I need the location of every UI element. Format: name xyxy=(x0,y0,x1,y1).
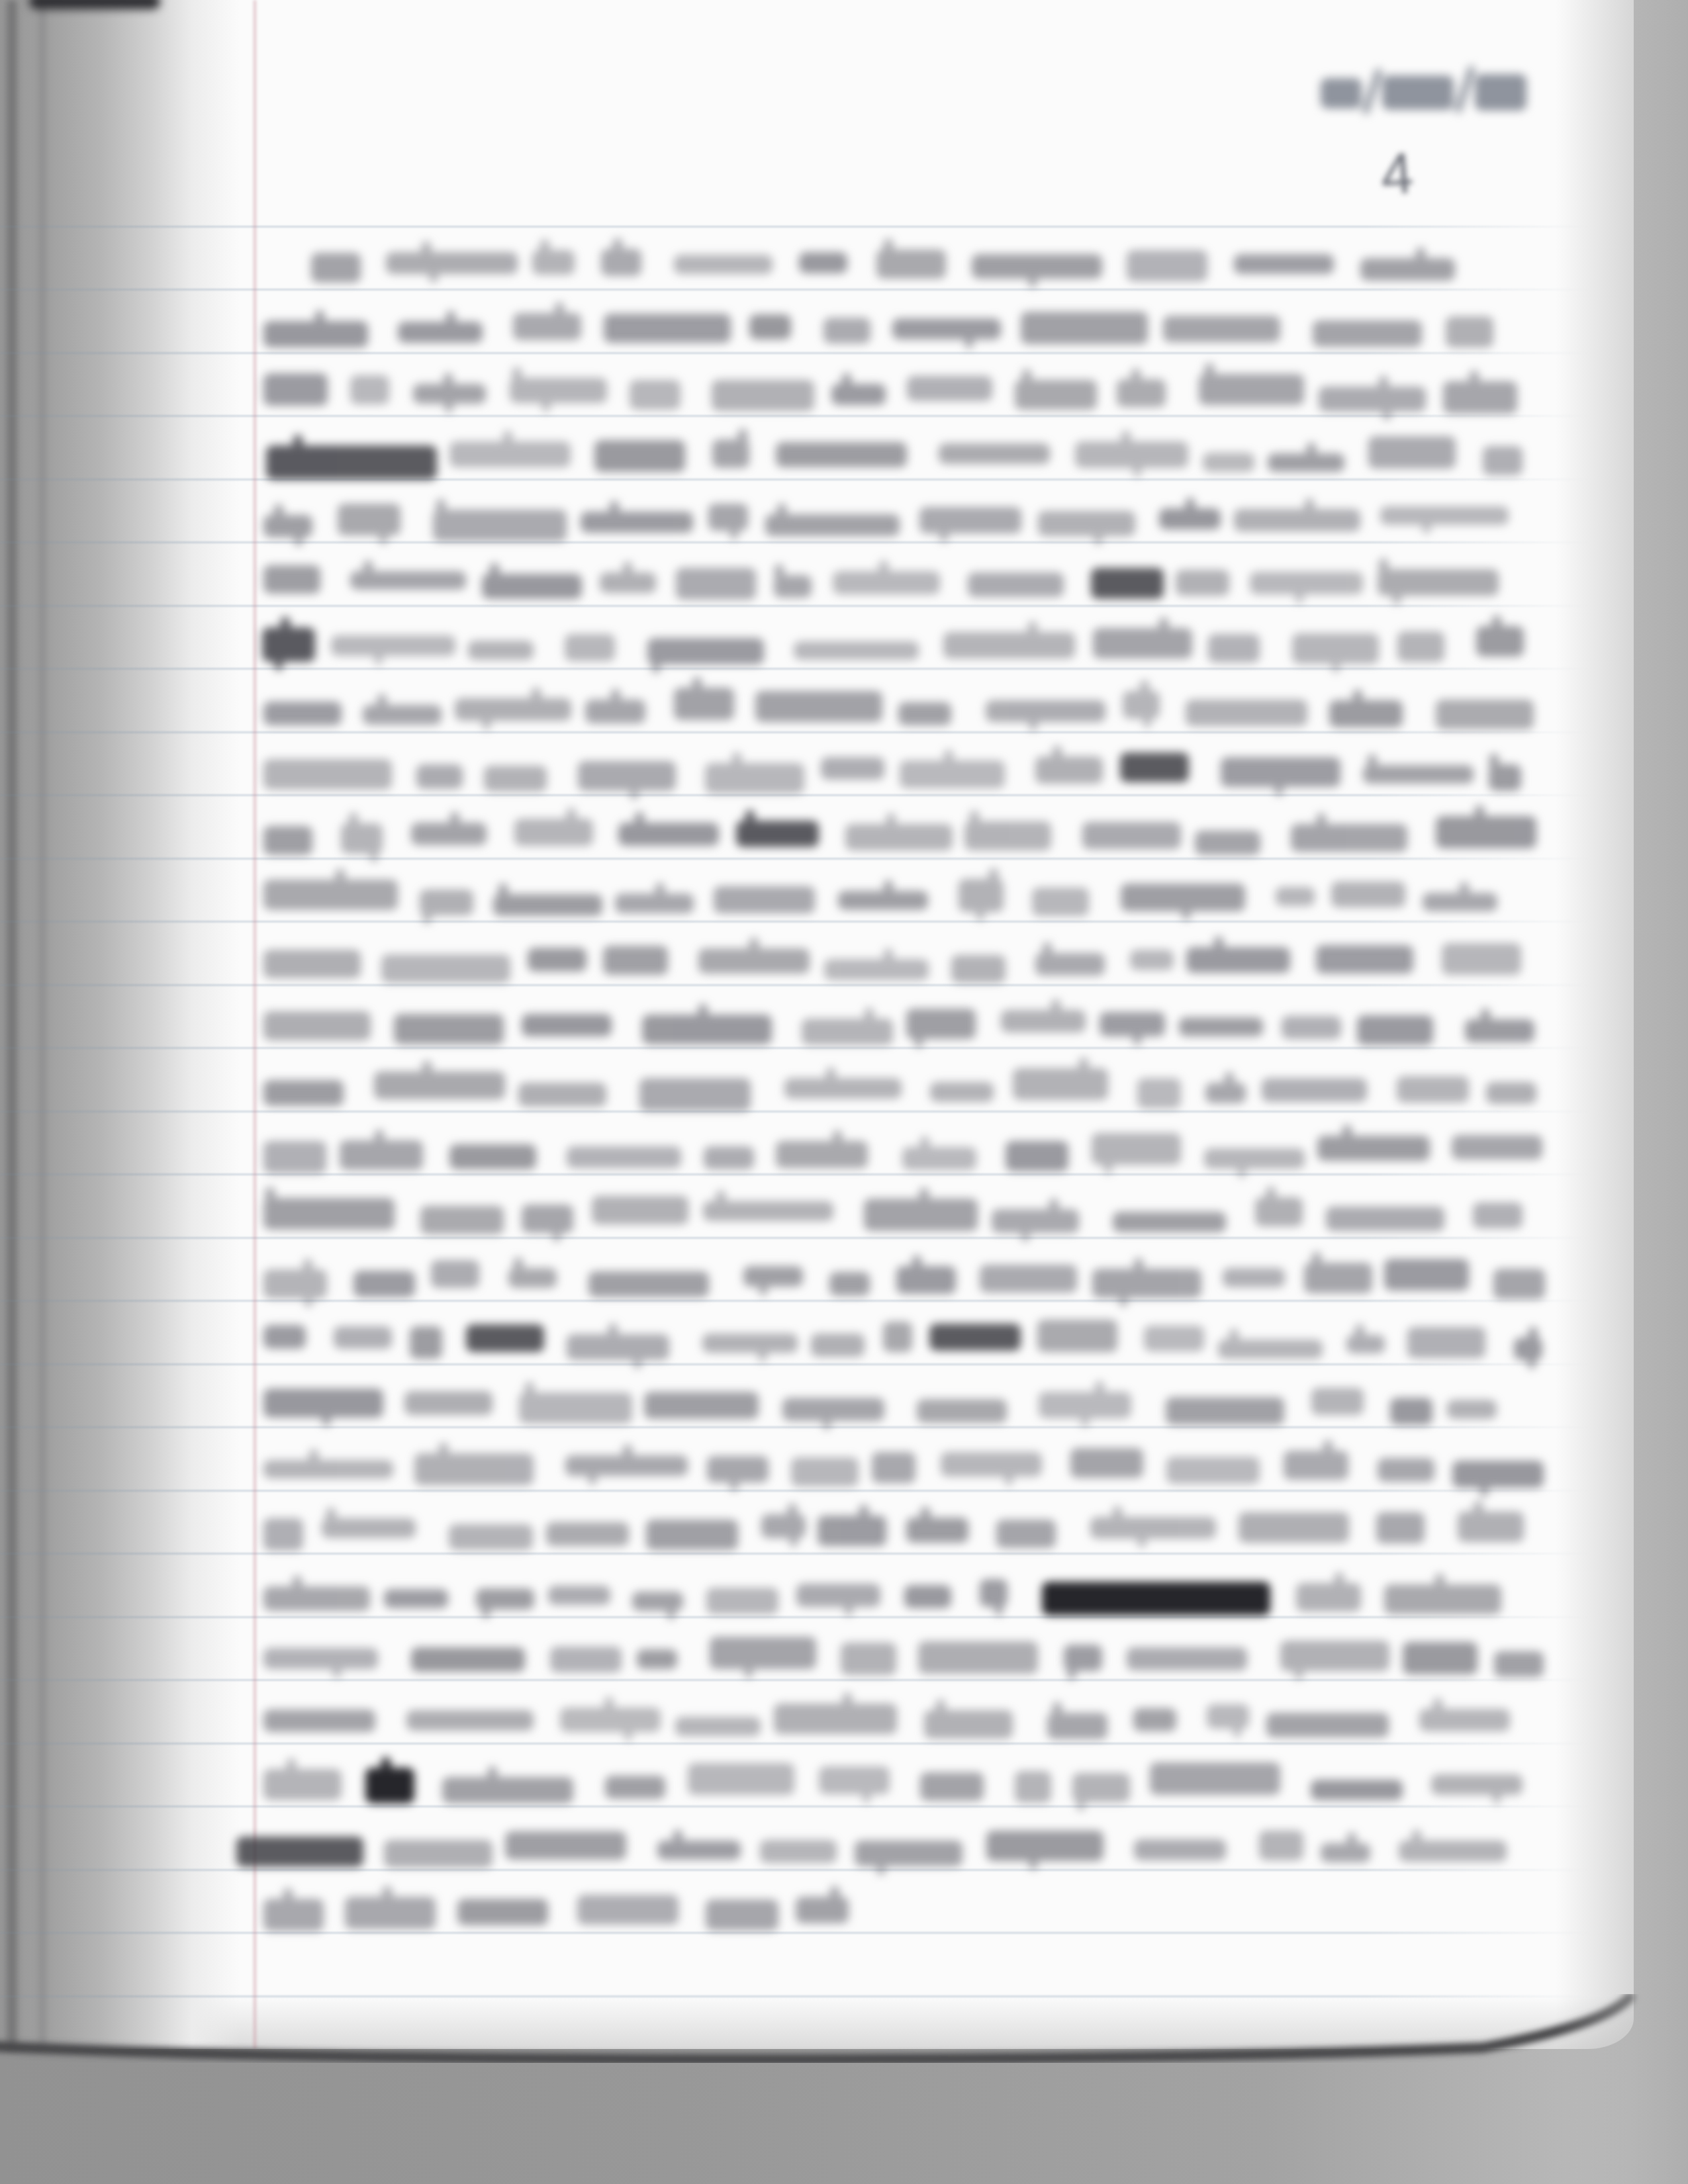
scan-right-edge-band xyxy=(1556,0,1688,2184)
page-bottom-edge-shadow xyxy=(0,0,1688,2184)
scanned-notebook-page: 4 xyxy=(0,0,1688,2184)
